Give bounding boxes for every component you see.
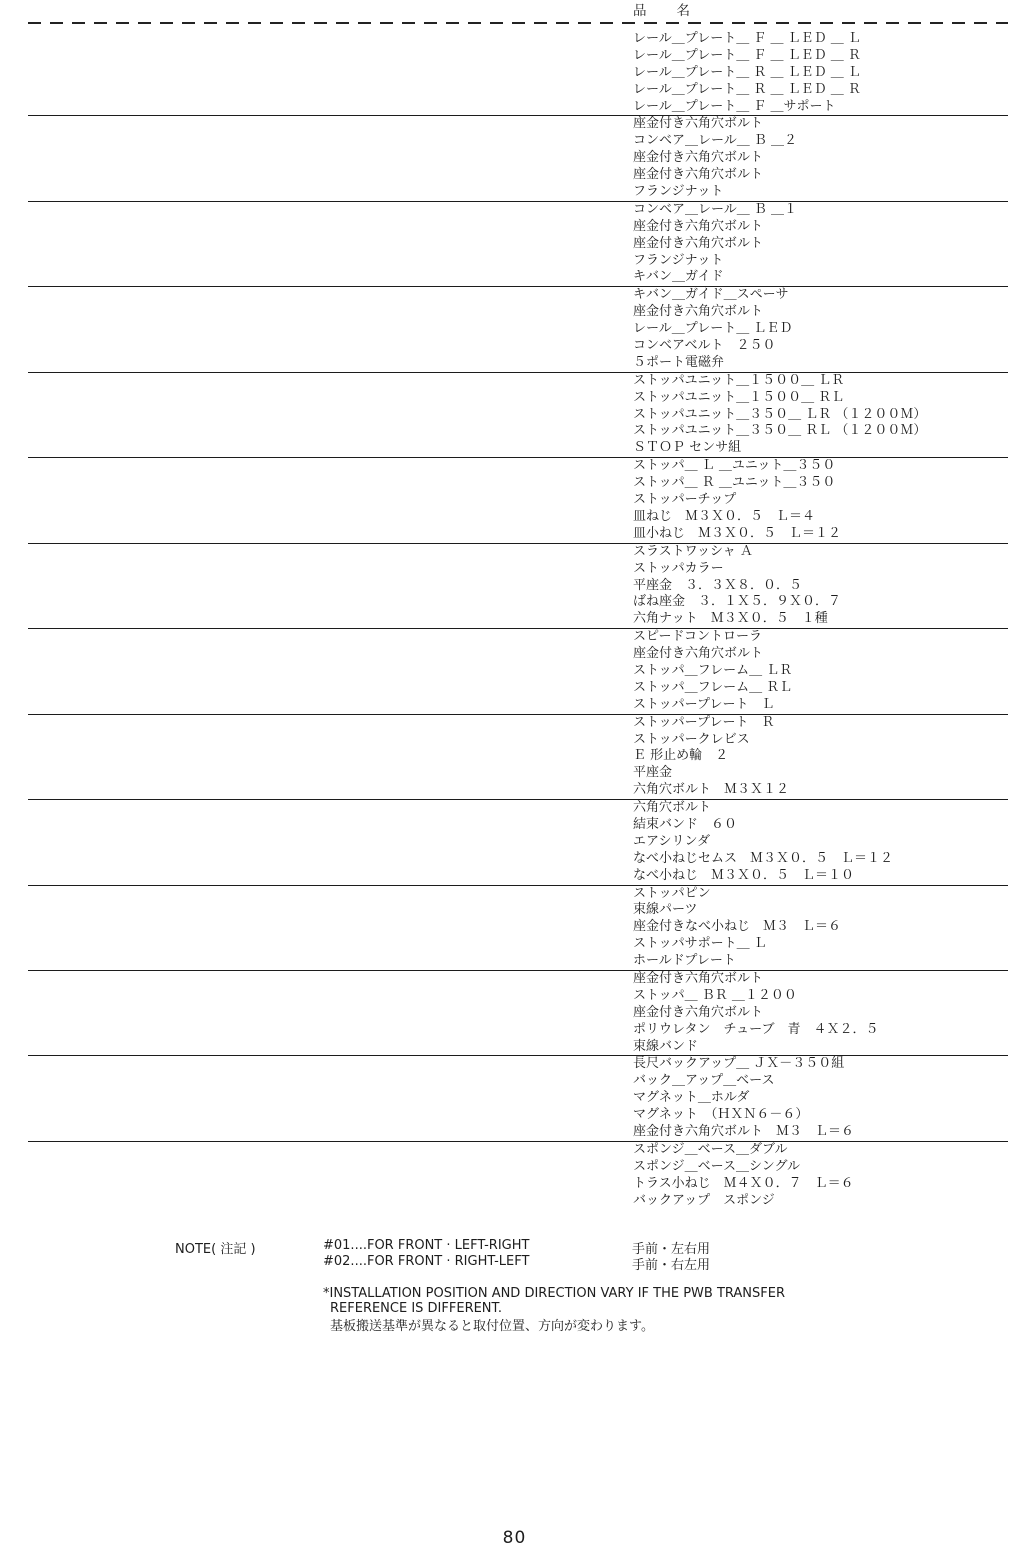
part-name-cell: キバン＿ガイド＿スペーサ	[28, 287, 1008, 304]
part-name-cell: ストッパープレート Ｒ	[28, 715, 1008, 732]
parts-table: 品 名 レール＿プレート＿ Ｆ ＿ ＬＥＤ ＿ Ｌレール＿プレート＿ Ｆ ＿ Ｌ…	[28, 2, 1008, 1209]
part-group: キバン＿ガイド＿スペーサ座金付き六角穴ボルトレール＿プレート＿ ＬＥＤコンベアベ…	[28, 286, 1008, 371]
part-name-cell: バック＿アップ＿ベース	[28, 1073, 1008, 1090]
part-group: 六角穴ボルト結束バンド ６０エアシリンダなべ小ねじセムス Ｍ３Ｘ０．５ Ｌ＝１２…	[28, 799, 1008, 884]
part-name-cell: 六角穴ボルト Ｍ３Ｘ１２	[28, 782, 1008, 799]
part-name-cell: ストッパープレート Ｌ	[28, 697, 1008, 714]
part-name-cell: トラス小ねじ Ｍ４Ｘ０．７ Ｌ＝６	[28, 1176, 1008, 1193]
part-name-cell: ストッパユニット＿３５０＿ ＲＬ （１２００Ｍ）	[28, 423, 1008, 440]
note-jp-2: 手前・右左用	[632, 1254, 710, 1273]
part-name-cell: スラストワッシャ Ａ	[28, 544, 1008, 561]
part-name-cell: レール＿プレート＿ ＬＥＤ	[28, 321, 1008, 338]
note-warning-en-line1: *INSTALLATION POSITION AND DIRECTION VAR…	[323, 1286, 785, 1301]
note-label: NOTE( 注記 )	[175, 1238, 256, 1257]
part-name-cell: フランジナット	[28, 184, 1008, 201]
part-name-cell: ホールドプレート	[28, 953, 1008, 970]
part-name-cell: ストッパ＿ ＢＲ ＿１２００	[28, 988, 1008, 1005]
part-name-cell: ストッパサポート＿ Ｌ	[28, 936, 1008, 953]
part-group: ストッパープレート ＲストッパークレビスＥ 形止め輪 ２平座金六角穴ボルト Ｍ３…	[28, 714, 1008, 799]
part-name-cell: なべ小ねじセムス Ｍ３Ｘ０．５ Ｌ＝１２	[28, 851, 1008, 868]
note-code-2: #02....FOR FRONT · RIGHT-LEFT	[323, 1254, 529, 1269]
part-name-cell: レール＿プレート＿ Ｒ ＿ ＬＥＤ ＿ Ｌ	[28, 65, 1008, 82]
part-group: ストッパピン束線パーツ座金付きなべ小ねじ Ｍ３ Ｌ＝６ストッパサポート＿ Ｌホー…	[28, 885, 1008, 970]
part-name-cell: スポンジ＿ベース＿ダブル	[28, 1142, 1008, 1159]
part-name-cell: ストッパピン	[28, 886, 1008, 903]
part-name-cell: ストッパユニット＿３５０＿ ＬＲ （１２００Ｍ）	[28, 407, 1008, 424]
part-group: レール＿プレート＿ Ｆ ＿ ＬＥＤ ＿ Ｌレール＿プレート＿ Ｆ ＿ ＬＥＤ ＿…	[28, 24, 1008, 115]
part-name-cell: 長尺バックアップ＿ ＪＸ－３５０組	[28, 1056, 1008, 1073]
part-name-cell: ストッパークレビス	[28, 732, 1008, 749]
part-name-cell: 座金付き六角穴ボルト	[28, 236, 1008, 253]
part-name-cell: スポンジ＿ベース＿シングル	[28, 1159, 1008, 1176]
part-name-cell: スピードコントローラ	[28, 629, 1008, 646]
part-name-cell: ストッパ＿フレーム＿ ＬＲ	[28, 663, 1008, 680]
page-number: 80	[0, 1528, 1029, 1548]
part-name-cell: マグネット （ＨＸＮ６－６）	[28, 1107, 1008, 1124]
part-name-cell: レール＿プレート＿ Ｆ ＿サポート	[28, 99, 1008, 116]
part-name-cell: コンベア＿レール＿ Ｂ ＿１	[28, 202, 1008, 219]
part-name-cell: フランジナット	[28, 253, 1008, 270]
part-name-cell: 束線バンド	[28, 1039, 1008, 1056]
part-name-cell: 平座金 ３．３Ｘ８．０．５	[28, 578, 1008, 595]
part-name-cell: ＳＴＯＰ センサ組	[28, 440, 1008, 457]
parts-table-body: レール＿プレート＿ Ｆ ＿ ＬＥＤ ＿ Ｌレール＿プレート＿ Ｆ ＿ ＬＥＤ ＿…	[28, 24, 1008, 1209]
part-name-cell: 平座金	[28, 765, 1008, 782]
part-name-cell: 座金付き六角穴ボルト	[28, 150, 1008, 167]
note-code-1: #01....FOR FRONT · LEFT-RIGHT	[323, 1238, 529, 1253]
part-name-cell: なべ小ねじ Ｍ３Ｘ０．５ Ｌ＝１０	[28, 868, 1008, 885]
part-name-cell: 座金付き六角穴ボルト	[28, 646, 1008, 663]
part-name-cell: ポリウレタン チューブ 青 ４Ｘ２．５	[28, 1022, 1008, 1039]
part-name-cell: ストッパユニット＿１５００＿ ＲＬ	[28, 390, 1008, 407]
part-name-cell: レール＿プレート＿ Ｒ ＿ ＬＥＤ ＿ Ｒ	[28, 82, 1008, 99]
part-name-cell: 座金付き六角穴ボルト	[28, 219, 1008, 236]
part-name-cell: ５ポート電磁弁	[28, 355, 1008, 372]
part-name-cell: ばね座金 ３．１Ｘ５．９Ｘ０．７	[28, 594, 1008, 611]
part-name-cell: キバン＿ガイド	[28, 269, 1008, 286]
part-name-cell: マグネット＿ホルダ	[28, 1090, 1008, 1107]
note-warning-jp: 基板搬送基準が異なると取付位置、方向が変わります。	[330, 1315, 654, 1334]
part-name-cell: 座金付きなべ小ねじ Ｍ３ Ｌ＝６	[28, 919, 1008, 936]
parts-table-header: 品 名	[28, 2, 1008, 21]
part-name-cell: レール＿プレート＿ Ｆ ＿ ＬＥＤ ＿ Ｌ	[28, 31, 1008, 48]
part-name-cell: 皿ねじ Ｍ３Ｘ０．５ Ｌ＝４	[28, 509, 1008, 526]
part-name-cell: バックアップ スポンジ	[28, 1193, 1008, 1210]
part-name-cell: 皿小ねじ Ｍ３Ｘ０．５ Ｌ＝１２	[28, 526, 1008, 543]
part-name-cell: レール＿プレート＿ Ｆ ＿ ＬＥＤ ＿ Ｒ	[28, 48, 1008, 65]
part-name-cell: ストッパカラー	[28, 561, 1008, 578]
part-group: ストッパ＿ Ｌ ＿ユニット＿３５０ストッパ＿ Ｒ ＿ユニット＿３５０ストッパーチ…	[28, 457, 1008, 542]
part-name-cell: ストッパ＿フレーム＿ ＲＬ	[28, 680, 1008, 697]
part-name-cell: ストッパーチップ	[28, 492, 1008, 509]
part-name-cell: 結束バンド ６０	[28, 817, 1008, 834]
part-name-cell: 座金付き六角穴ボルト Ｍ３ Ｌ＝６	[28, 1124, 1008, 1141]
part-name-cell: 座金付き六角穴ボルト	[28, 304, 1008, 321]
part-name-cell: ストッパユニット＿１５００＿ ＬＲ	[28, 373, 1008, 390]
part-name-cell: 座金付き六角穴ボルト	[28, 167, 1008, 184]
note-warning-en-line2: REFERENCE IS DIFFERENT.	[330, 1301, 502, 1316]
part-name-cell: コンベア＿レール＿ Ｂ ＿２	[28, 133, 1008, 150]
part-name-cell: 六角ナット Ｍ３Ｘ０．５ １種	[28, 611, 1008, 628]
part-name-cell: 束線パーツ	[28, 902, 1008, 919]
part-name-cell: ストッパ＿ Ｌ ＿ユニット＿３５０	[28, 458, 1008, 475]
part-group: ストッパユニット＿１５００＿ ＬＲストッパユニット＿１５００＿ ＲＬストッパユニ…	[28, 372, 1008, 457]
part-name-cell: 六角穴ボルト	[28, 800, 1008, 817]
part-group: スラストワッシャ Ａストッパカラー平座金 ３．３Ｘ８．０．５ばね座金 ３．１Ｘ５…	[28, 543, 1008, 628]
part-group: スポンジ＿ベース＿ダブルスポンジ＿ベース＿シングルトラス小ねじ Ｍ４Ｘ０．７ Ｌ…	[28, 1141, 1008, 1210]
part-group: 長尺バックアップ＿ ＪＸ－３５０組バック＿アップ＿ベースマグネット＿ホルダマグネ…	[28, 1055, 1008, 1140]
part-name-cell: Ｅ 形止め輪 ２	[28, 748, 1008, 765]
part-name-cell: 座金付き六角穴ボルト	[28, 971, 1008, 988]
part-group: 座金付き六角穴ボルトストッパ＿ ＢＲ ＿１２００座金付き六角穴ボルトポリウレタン…	[28, 970, 1008, 1055]
part-group: 座金付き六角穴ボルトコンベア＿レール＿ Ｂ ＿２座金付き六角穴ボルト座金付き六角…	[28, 115, 1008, 200]
part-name-cell: ストッパ＿ Ｒ ＿ユニット＿３５０	[28, 475, 1008, 492]
part-name-cell: エアシリンダ	[28, 834, 1008, 851]
part-group: スピードコントローラ座金付き六角穴ボルトストッパ＿フレーム＿ ＬＲストッパ＿フレ…	[28, 628, 1008, 713]
part-group: コンベア＿レール＿ Ｂ ＿１座金付き六角穴ボルト座金付き六角穴ボルトフランジナッ…	[28, 201, 1008, 286]
part-name-cell: 座金付き六角穴ボルト	[28, 116, 1008, 133]
part-name-cell: 座金付き六角穴ボルト	[28, 1005, 1008, 1022]
part-name-cell: コンベアベルト ２５０	[28, 338, 1008, 355]
